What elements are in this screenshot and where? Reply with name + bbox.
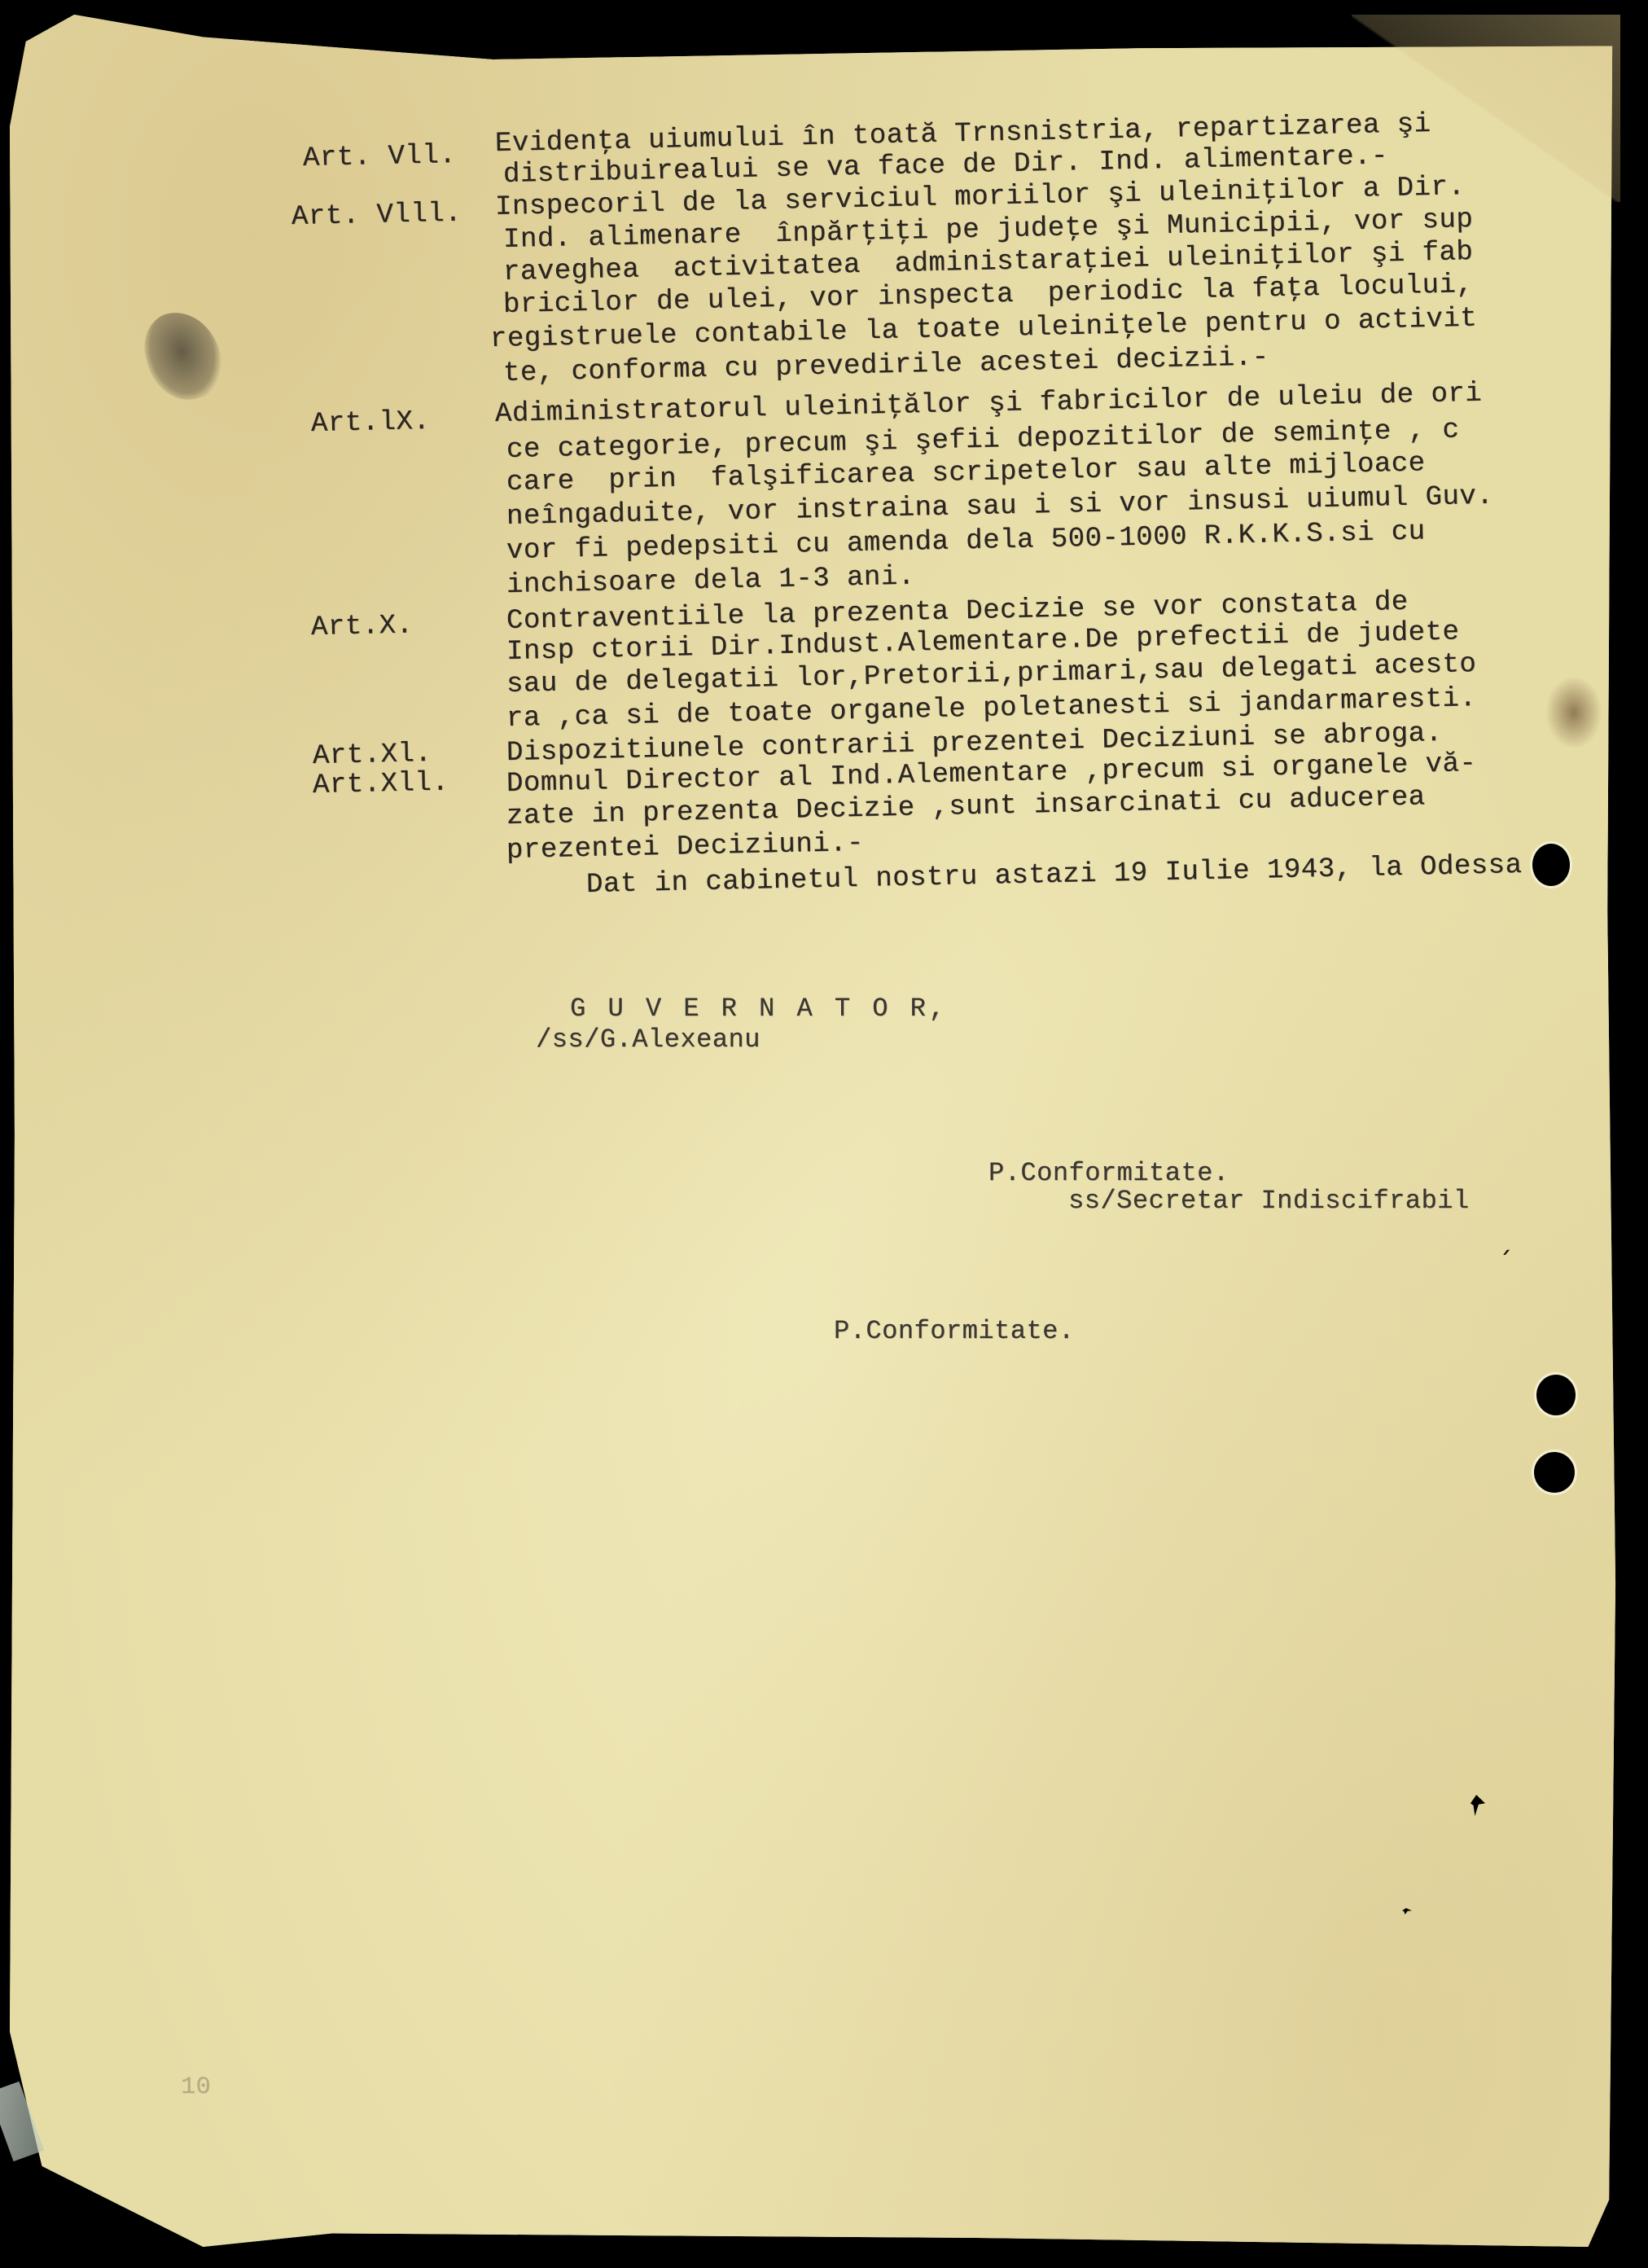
conformity-label-2: P.Conformitate.	[834, 1316, 1075, 1347]
punch-hole-2	[1536, 1375, 1576, 1415]
signature-name: /ss/G.Alexeanu	[536, 1024, 760, 1055]
rust-smudge	[1545, 676, 1602, 749]
punch-hole-3	[1534, 1452, 1575, 1493]
article-label: Art. Vll.	[303, 140, 457, 174]
punch-hole-1	[1532, 844, 1570, 886]
conformity-label-1: P.Conformitate.	[988, 1158, 1229, 1189]
faint-page-number: 10	[181, 2072, 211, 2103]
article-label: Art.Xl.	[313, 739, 432, 772]
article-label: Art.lX.	[311, 406, 431, 440]
ink-tick-mark: ˏ	[1498, 1223, 1512, 1256]
conformity-signer: ss/Secretar Indiscifrabil	[1068, 1186, 1470, 1217]
article-label: Art.Xll.	[313, 768, 449, 801]
signature-title: G U V E R N A T O R,	[570, 994, 948, 1024]
article-label: Art. Vlll.	[291, 199, 462, 233]
article-label: Art.X.	[311, 610, 414, 643]
document-page	[10, 15, 1620, 2256]
